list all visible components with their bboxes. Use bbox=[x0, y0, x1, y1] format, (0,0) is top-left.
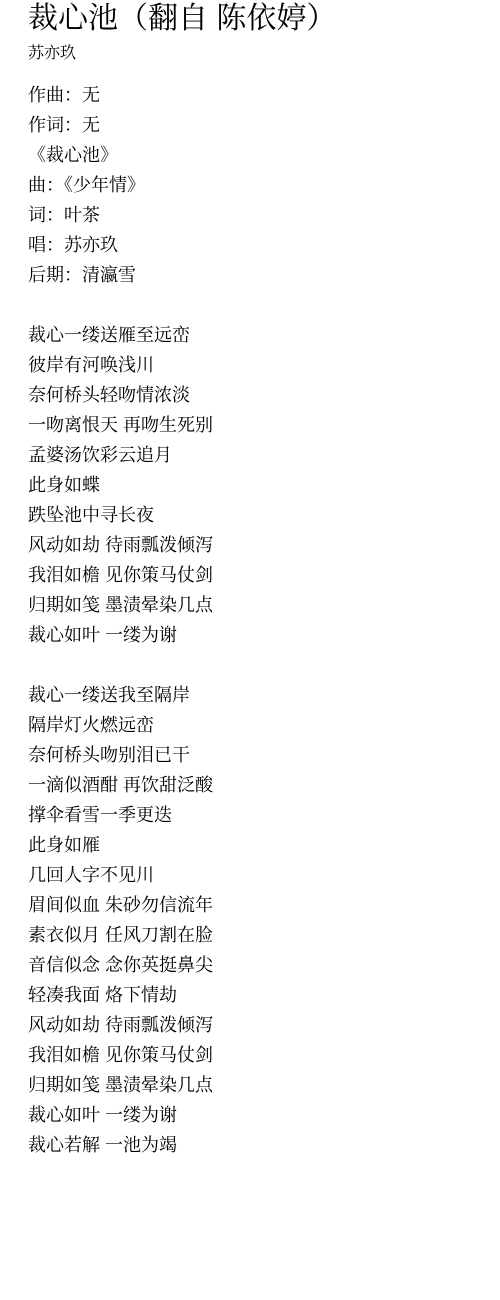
lyric-line: 风动如劫 待雨瓢泼倾泻 bbox=[28, 530, 480, 560]
lyric-line: 奈何桥头轻吻情浓淡 bbox=[28, 380, 480, 410]
lyric-line: 一滴似酒酣 再饮甜泛酸 bbox=[28, 770, 480, 800]
lyric-line: 裁心一缕送我至隔岸 bbox=[28, 680, 480, 710]
lyric-line: 几回人字不见川 bbox=[28, 860, 480, 890]
lyric-blank-line bbox=[28, 650, 480, 680]
lyrics-block: 作曲：无作词：无《裁心池》曲：《少年情》词：叶茶唱：苏亦玖后期：清瀛雪 裁心一缕… bbox=[28, 80, 480, 1160]
lyric-line: 我泪如檐 见你策马仗剑 bbox=[28, 560, 480, 590]
lyric-line: 作曲：无 bbox=[28, 80, 480, 110]
lyric-line: 彼岸有河唤浅川 bbox=[28, 350, 480, 380]
lyric-line: 裁心如叶 一缕为谢 bbox=[28, 1100, 480, 1130]
lyrics-page: 裁心池（翻自 陈依婷） 苏亦玖 作曲：无作词：无《裁心池》曲：《少年情》词：叶茶… bbox=[0, 0, 500, 1300]
lyric-blank-line bbox=[28, 290, 480, 320]
lyric-line: 轻凑我面 烙下情劫 bbox=[28, 980, 480, 1010]
lyric-line: 跌坠池中寻长夜 bbox=[28, 500, 480, 530]
lyric-line: 后期：清瀛雪 bbox=[28, 260, 480, 290]
lyric-line: 音信似念 念你英挺鼻尖 bbox=[28, 950, 480, 980]
lyric-line: 一吻离恨天 再吻生死别 bbox=[28, 410, 480, 440]
lyric-line: 撑伞看雪一季更迭 bbox=[28, 800, 480, 830]
lyric-line: 《裁心池》 bbox=[28, 140, 480, 170]
lyric-line: 归期如笺 墨渍晕染几点 bbox=[28, 590, 480, 620]
lyric-line: 归期如笺 墨渍晕染几点 bbox=[28, 1070, 480, 1100]
lyric-line: 曲：《少年情》 bbox=[28, 170, 480, 200]
lyric-line: 奈何桥头吻别泪已干 bbox=[28, 740, 480, 770]
lyric-line: 裁心若解 一池为竭 bbox=[28, 1130, 480, 1160]
lyric-line: 唱：苏亦玖 bbox=[28, 230, 480, 260]
song-title: 裁心池（翻自 陈依婷） bbox=[28, 2, 480, 36]
lyric-line: 此身如雁 bbox=[28, 830, 480, 860]
lyric-line: 词：叶茶 bbox=[28, 200, 480, 230]
lyric-line: 我泪如檐 见你策马仗剑 bbox=[28, 1040, 480, 1070]
lyric-line: 此身如蝶 bbox=[28, 470, 480, 500]
lyric-line: 孟婆汤饮彩云追月 bbox=[28, 440, 480, 470]
lyric-line: 眉间似血 朱砂勿信流年 bbox=[28, 890, 480, 920]
lyric-line: 素衣似月 任风刀割在脸 bbox=[28, 920, 480, 950]
lyric-line: 作词：无 bbox=[28, 110, 480, 140]
lyric-line: 风动如劫 待雨瓢泼倾泻 bbox=[28, 1010, 480, 1040]
artist-name: 苏亦玖 bbox=[28, 43, 480, 65]
lyric-line: 裁心一缕送雁至远峦 bbox=[28, 320, 480, 350]
lyric-line: 隔岸灯火燃远峦 bbox=[28, 710, 480, 740]
lyric-line: 裁心如叶 一缕为谢 bbox=[28, 620, 480, 650]
